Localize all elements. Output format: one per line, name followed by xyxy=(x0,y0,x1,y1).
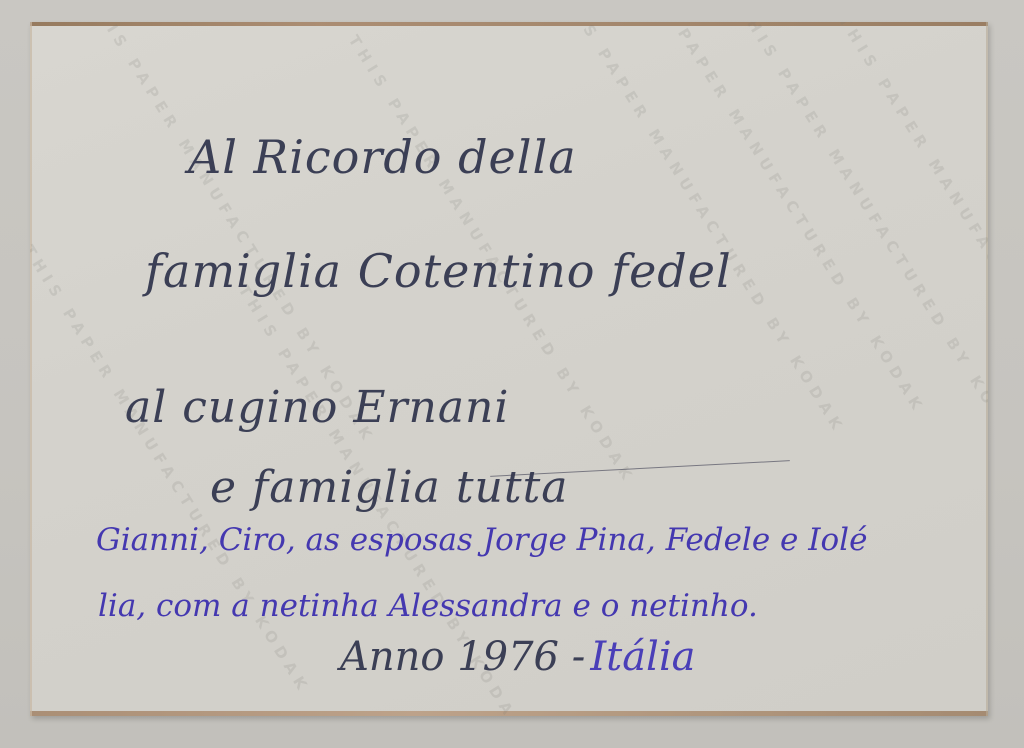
kodak-watermark: THIS PAPER MANUFACTURED BY KODAK xyxy=(735,22,988,458)
card-right-edge xyxy=(986,22,988,716)
closing-year: Anno 1976 - xyxy=(340,634,585,680)
card-left-edge xyxy=(30,22,32,716)
blue-line-1: Gianni, Ciro, as esposas Jorge Pina, Fed… xyxy=(96,522,867,558)
dedication-line-3: al cugino Ernani xyxy=(125,382,509,433)
photo-back-card: THIS PAPER MANUFACTURED BY KODAK THIS PA… xyxy=(30,22,988,716)
closing-line: Anno 1976 - Itália xyxy=(340,634,695,680)
closing-place: Itália xyxy=(590,634,695,680)
dedication-line-1: Al Ricordo della xyxy=(188,130,577,184)
dedication-line-4: e famiglia tutta xyxy=(210,462,568,513)
dedication-line-2: famiglia Cotentino fedel xyxy=(145,244,732,298)
blue-line-2: lia, com a netinha Alessandra e o netinh… xyxy=(98,588,758,624)
